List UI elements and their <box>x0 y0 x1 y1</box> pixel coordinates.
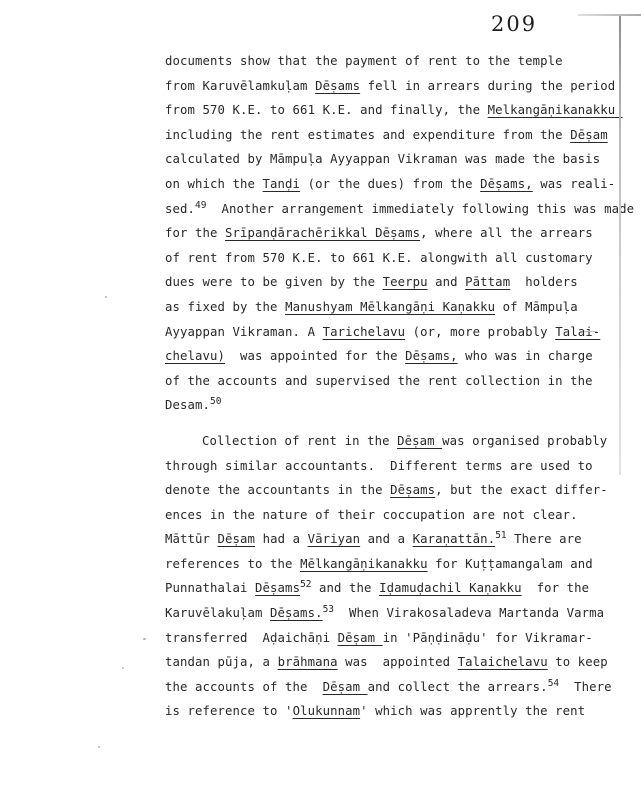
text-line: Karuvēlakuḷam Dēṣams.53 When Virakosalad… <box>165 601 635 626</box>
text-segment: was organised probably <box>442 434 607 448</box>
text-line: dues were to be given by the Teerpu and … <box>165 270 635 295</box>
paragraph: Collection of rent in the Dēṣam was orga… <box>165 429 635 724</box>
text-line: chelavu) was appointed for the Dēṣams, w… <box>165 344 635 369</box>
footnote-marker: 51 <box>495 530 506 541</box>
text-line: references to the Mēlkangāṇikanakku for … <box>165 552 635 577</box>
text-segment: Karuvēlakuḷam <box>165 606 270 620</box>
underlined-term: Dēṣams, <box>480 177 533 191</box>
underlined-term: Iḍamuḍachil Kaṇakku <box>379 581 522 595</box>
text-segment: for the <box>165 226 225 240</box>
underlined-term: Melkangāṇikanakku <box>488 103 623 117</box>
underlined-term: Pāttam <box>465 275 510 289</box>
text-segment: was appointed for the <box>225 349 405 363</box>
scan-page-edge-vertical-line <box>619 15 621 475</box>
text-line: from 570 K.E. to 661 K.E. and finally, t… <box>165 98 635 123</box>
scan-noise-speck <box>98 746 100 748</box>
text-segment: Punnathalai <box>165 581 255 595</box>
underlined-term: Dēṣam <box>323 680 368 694</box>
text-segment: the accounts of the <box>165 680 323 694</box>
underlined-term: Dēṣam <box>397 434 442 448</box>
text-line: Ayyappan Vikraman. A Tarichelavu (or, mo… <box>165 320 635 345</box>
text-segment: dues were to be given by the <box>165 275 383 289</box>
text-line: for the Srīpanḍārachērikkal Dēṣams, wher… <box>165 221 635 246</box>
text-line: from Karuvēlamkuḷam Dēṣams fell in arrea… <box>165 74 635 99</box>
text-segment: of the accounts and supervised the rent … <box>165 374 593 388</box>
underlined-term: Dēṣams <box>255 581 300 595</box>
page-number: 209 <box>491 12 537 36</box>
text-segment: holders <box>510 275 578 289</box>
underlined-term: Dēṣam <box>570 128 608 142</box>
scan-page-edge-horizontal-line <box>578 14 641 16</box>
text-segment: to keep <box>548 655 608 669</box>
scan-noise-speck <box>122 667 124 669</box>
text-segment: Another arrangement immediately followin… <box>206 202 634 216</box>
text-segment: for Kuṭṭamangalam and <box>428 557 593 571</box>
text-segment: There <box>559 680 612 694</box>
text-line: calculated by Māmpuḷa Ayyappan Vikraman … <box>165 147 635 172</box>
scan-edge-tick-mark <box>584 331 597 332</box>
underlined-term: Dēṣams <box>390 483 435 497</box>
text-segment: of rent from 570 K.E. to 661 K.E. alongw… <box>165 251 593 265</box>
underlined-term: Dēṣam <box>338 631 383 645</box>
text-segment: When Virakosaladeva Martanda Varma <box>334 606 604 620</box>
underlined-term: Srīpanḍārachērikkal Dēṣams <box>225 226 420 240</box>
underlined-term: Mēlkangāṇikanakku <box>300 557 428 571</box>
underlined-term: Dēṣams <box>315 79 360 93</box>
text-segment: from Karuvēlamkuḷam <box>165 79 315 93</box>
text-line: the accounts of the Dēṣam and collect th… <box>165 675 635 700</box>
text-line: of the accounts and supervised the rent … <box>165 369 635 394</box>
text-segment: as fixed by the <box>165 300 285 314</box>
text-line: Desam.50 <box>165 393 635 418</box>
text-segment: Māttūr <box>165 532 218 546</box>
text-segment: There are <box>507 532 582 546</box>
paragraph: documents show that the payment of rent … <box>165 49 635 418</box>
text-segment: tandan pūja, a <box>165 655 278 669</box>
text-line: on which the Tanḍi (or the dues) from th… <box>165 172 635 197</box>
text-segment: denote the accountants in the <box>165 483 390 497</box>
text-segment: who was in charge <box>458 349 593 363</box>
text-segment: for the <box>522 581 590 595</box>
text-line: tandan pūja, a brāhmana was appointed Ta… <box>165 650 635 675</box>
body-text-block: documents show that the payment of rent … <box>165 49 635 724</box>
text-segment: was reali- <box>533 177 616 191</box>
text-line: Punnathalai Dēṣams52 and the Iḍamuḍachil… <box>165 576 635 601</box>
text-segment: (or, more probably <box>405 325 555 339</box>
underlined-term: Teerpu <box>383 275 428 289</box>
underlined-term: Tanḍi <box>263 177 301 191</box>
footnote-marker: 53 <box>323 604 334 615</box>
footnote-marker: 52 <box>300 579 311 590</box>
scan-noise-speck <box>143 638 146 640</box>
footnote-marker: 49 <box>195 200 206 211</box>
underlined-term: Dēṣams, <box>405 349 458 363</box>
text-line: denote the accountants in the Dēṣams, bu… <box>165 478 635 503</box>
underlined-term: Dēṣams. <box>270 606 323 620</box>
text-segment: on which the <box>165 177 263 191</box>
text-line: of rent from 570 K.E. to 661 K.E. alongw… <box>165 246 635 271</box>
underlined-term: Manushyam Mēlkangāṇi Kaṇakku <box>285 300 495 314</box>
text-line: documents show that the payment of rent … <box>165 49 635 74</box>
text-segment: , but the exact differ- <box>435 483 608 497</box>
text-segment: Ayyappan Vikraman. A <box>165 325 323 339</box>
text-segment: , where all the arrears <box>420 226 593 240</box>
footnote-marker: 50 <box>210 396 221 407</box>
text-line: through similar accountants. Different t… <box>165 454 635 479</box>
underlined-term: Karaṇattān. <box>413 532 496 546</box>
text-segment: was appointed <box>338 655 458 669</box>
text-line: Māttūr Dēṣam had a Vāriyan and a Karaṇat… <box>165 527 635 552</box>
underlined-term: Vāriyan <box>308 532 361 546</box>
text-segment: is reference to ' <box>165 704 293 718</box>
underlined-term: Talaichelavu <box>458 655 548 669</box>
underlined-term: Dēṣam <box>218 532 256 546</box>
text-line: ences in the nature of their coccupation… <box>165 503 635 528</box>
scan-noise-speck <box>105 296 107 298</box>
text-segment: fell in arrears during the period <box>360 79 615 93</box>
underlined-term: brāhmana <box>278 655 338 669</box>
text-segment: including the rent estimates and expendi… <box>165 128 570 142</box>
text-line: including the rent estimates and expendi… <box>165 123 635 148</box>
text-segment: calculated by Māmpuḷa Ayyappan Vikraman … <box>165 152 600 166</box>
text-line: sed.49 Another arrangement immediately f… <box>165 197 635 222</box>
text-segment: transferred Aḍaichāṇi <box>165 631 338 645</box>
text-segment: (or the dues) from the <box>300 177 480 191</box>
text-segment: sed. <box>165 202 195 216</box>
text-line: is reference to 'Olukunnam' which was ap… <box>165 699 635 724</box>
text-segment: and a <box>360 532 413 546</box>
text-segment: documents show that the payment of rent … <box>165 54 563 68</box>
underlined-term: chelavu) <box>165 349 225 363</box>
text-segment: from 570 K.E. to 661 K.E. and finally, t… <box>165 103 488 117</box>
text-segment: through similar accountants. Different t… <box>165 459 593 473</box>
scanned-document-page: 209 documents show that the payment of r… <box>0 0 641 800</box>
text-segment: references to the <box>165 557 300 571</box>
text-segment: ' which was apprently the rent <box>360 704 585 718</box>
text-segment: and collect the arrears. <box>368 680 548 694</box>
text-segment: had a <box>255 532 308 546</box>
text-line: as fixed by the Manushyam Mēlkangāṇi Kaṇ… <box>165 295 635 320</box>
underlined-term: Tarichelavu <box>323 325 406 339</box>
text-segment: ences in the nature of their coccupation… <box>165 508 578 522</box>
text-segment: and the <box>312 581 380 595</box>
underlined-term: Olukunnam <box>293 704 361 718</box>
footnote-marker: 54 <box>548 678 559 689</box>
text-segment: in 'Pāṇḍināḍu' for Vikramar- <box>383 631 593 645</box>
text-line: Collection of rent in the Dēṣam was orga… <box>165 429 635 454</box>
text-segment: of Māmpuḷa <box>495 300 578 314</box>
text-segment: Collection of rent in the <box>202 434 397 448</box>
text-segment: and <box>428 275 466 289</box>
text-line: transferred Aḍaichāṇi Dēṣam in 'Pāṇḍināḍ… <box>165 626 635 651</box>
text-segment: Desam. <box>165 398 210 412</box>
